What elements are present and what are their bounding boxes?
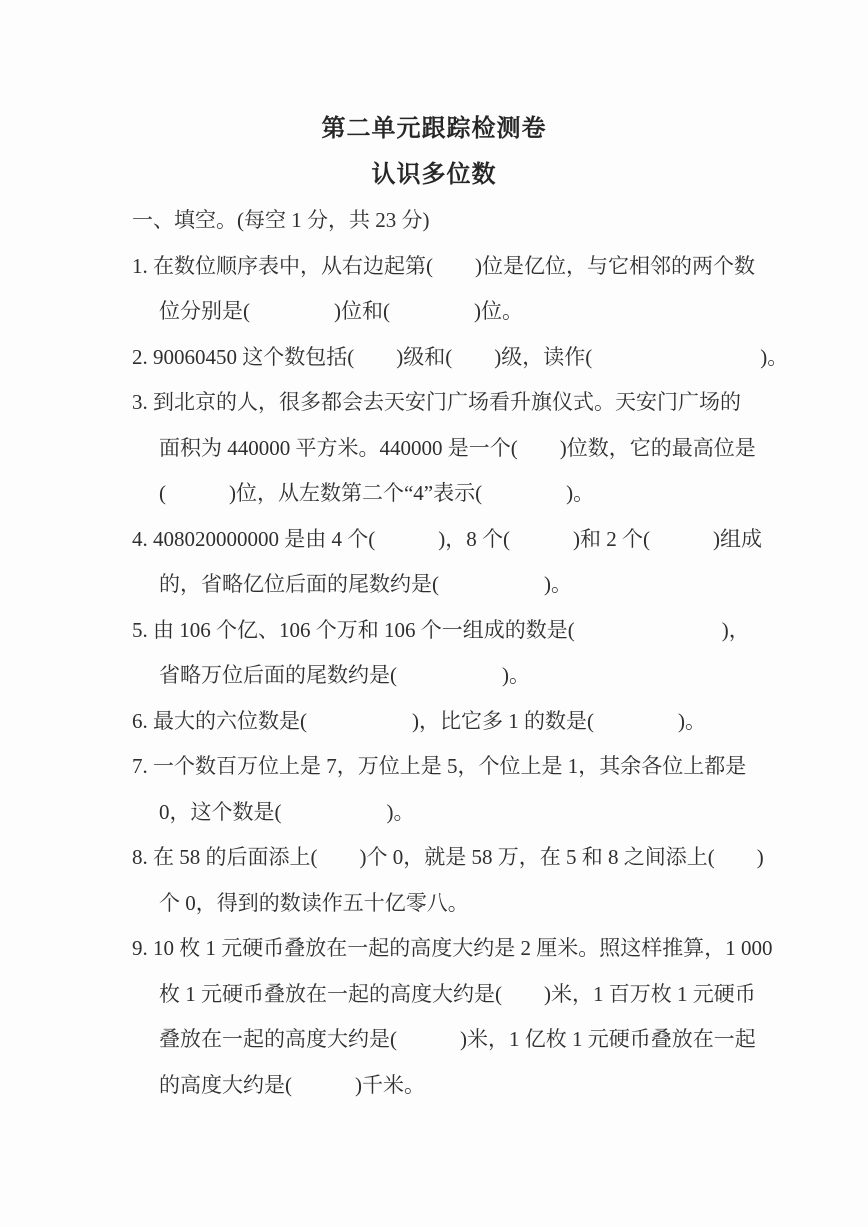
- question-line: 的高度大约是( )千米。: [159, 1063, 808, 1109]
- question-2: 2. 90060450 这个数包括( )级和( )级，读作( )。: [132, 335, 808, 381]
- question-line: 3. 到北京的人，很多都会去天安门广场看升旗仪式。天安门广场的: [132, 380, 808, 426]
- question-line: 面积为 440000 平方米。440000 是一个( )位数，它的最高位是: [159, 426, 808, 472]
- question-line: 省略万位后面的尾数约是( )。: [159, 653, 808, 699]
- question-line: 5. 由 106 个亿、106 个万和 106 个一组成的数是( )，: [132, 608, 808, 654]
- question-8: 8. 在 58 的后面添上( )个 0，就是 58 万，在 5 和 8 之间添上…: [132, 835, 808, 926]
- section-heading-fill-in-blanks: 一、填空。(每空 1 分，共 23 分): [132, 198, 808, 244]
- question-line: 个 0，得到的数读作五十亿零八。: [159, 881, 808, 927]
- question-line: 2. 90060450 这个数包括( )级和( )级，读作( )。: [132, 335, 808, 381]
- doc-title: 第二单元跟踪检测卷: [0, 107, 868, 153]
- question-line: 叠放在一起的高度大约是( )米，1 亿枚 1 元硬币叠放在一起: [159, 1017, 808, 1063]
- question-3: 3. 到北京的人，很多都会去天安门广场看升旗仪式。天安门广场的 面积为 4400…: [132, 380, 808, 517]
- question-line: 0，这个数是( )。: [159, 790, 808, 836]
- question-1: 1. 在数位顺序表中，从右边起第( )位是亿位，与它相邻的两个数 位分别是( )…: [132, 244, 808, 335]
- question-line: 9. 10 枚 1 元硬币叠放在一起的高度大约是 2 厘米。照这样推算，1 00…: [132, 926, 808, 972]
- question-9: 9. 10 枚 1 元硬币叠放在一起的高度大约是 2 厘米。照这样推算，1 00…: [132, 926, 808, 1108]
- question-4: 4. 408020000000 是由 4 个( )，8 个( )和 2 个( )…: [132, 517, 808, 608]
- question-line: 6. 最大的六位数是( )，比它多 1 的数是( )。: [132, 699, 808, 745]
- worksheet-page: 第二单元跟踪检测卷 认识多位数 一、填空。(每空 1 分，共 23 分) 1. …: [0, 0, 868, 1227]
- question-line: 4. 408020000000 是由 4 个( )，8 个( )和 2 个( )…: [132, 517, 808, 563]
- question-line: 枚 1 元硬币叠放在一起的高度大约是( )米，1 百万枚 1 元硬币: [159, 972, 808, 1018]
- question-line: ( )位，从左数第二个“4”表示( )。: [159, 471, 808, 517]
- question-line: 1. 在数位顺序表中，从右边起第( )位是亿位，与它相邻的两个数: [132, 244, 808, 290]
- question-line: 位分别是( )位和( )位。: [159, 289, 808, 335]
- question-line: 8. 在 58 的后面添上( )个 0，就是 58 万，在 5 和 8 之间添上…: [132, 835, 808, 881]
- doc-subtitle: 认识多位数: [0, 153, 868, 199]
- question-line: 的，省略亿位后面的尾数约是( )。: [159, 562, 808, 608]
- question-7: 7. 一个数百万位上是 7，万位上是 5，个位上是 1，其余各位上都是 0，这个…: [132, 744, 808, 835]
- question-5: 5. 由 106 个亿、106 个万和 106 个一组成的数是( )， 省略万位…: [132, 608, 808, 699]
- question-line: 7. 一个数百万位上是 7，万位上是 5，个位上是 1，其余各位上都是: [132, 744, 808, 790]
- question-6: 6. 最大的六位数是( )，比它多 1 的数是( )。: [132, 699, 808, 745]
- worksheet-body: 一、填空。(每空 1 分，共 23 分) 1. 在数位顺序表中，从右边起第( )…: [132, 198, 808, 1108]
